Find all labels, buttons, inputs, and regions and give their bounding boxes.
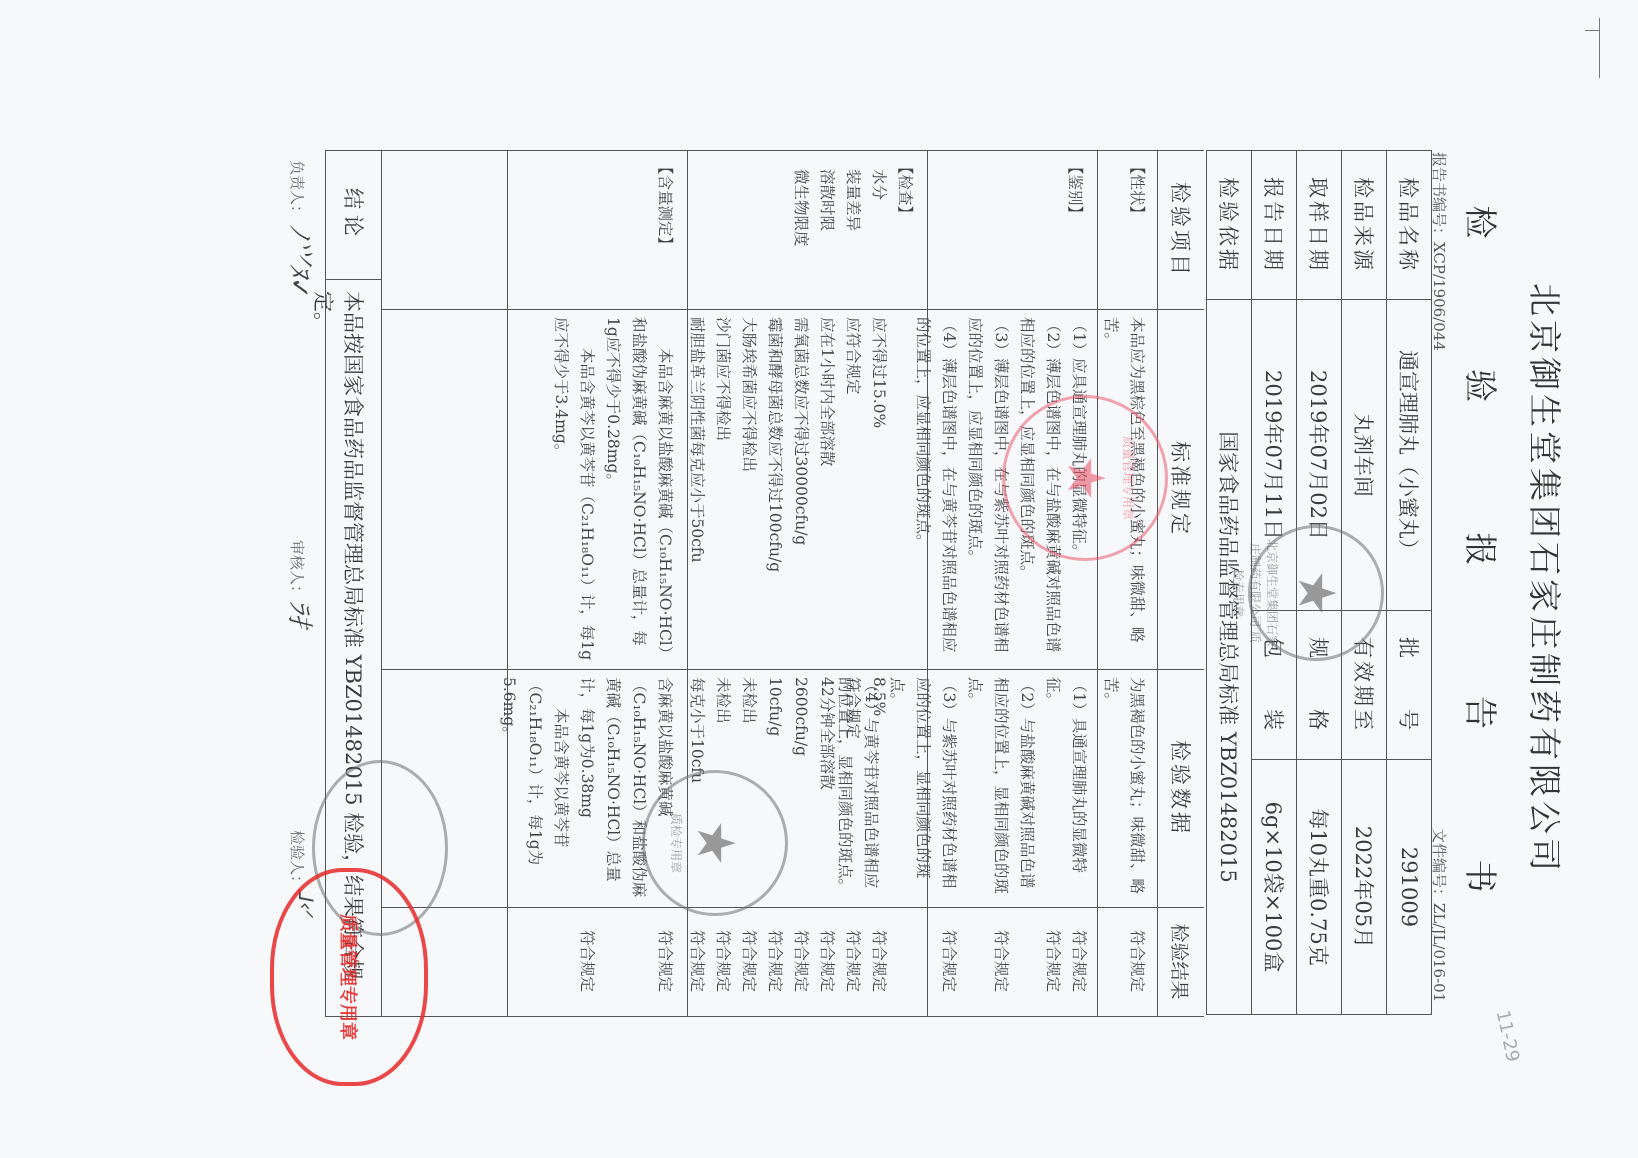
inspection-item-name: 水分: [866, 159, 892, 299]
value-package: 6g×10袋×100盒: [1252, 760, 1297, 1015]
identification-result-3: 符合规定: [988, 911, 1014, 1011]
value-batch-no: 291009: [1387, 760, 1432, 1015]
column-header-row: 检验项目 标准规定 检验数据 检验结果: [1157, 150, 1204, 1017]
reviewer-signature: ﾉ⺍ﾇ✓: [283, 225, 320, 299]
section-heading-assay: 【含量测定】: [652, 159, 678, 299]
stamp-text: 质量管理专用章: [1120, 418, 1137, 538]
inspection-result: 符合规定: [736, 911, 762, 1011]
identification-standard-4: （4）薄层色谱图中，在与黄芩苷对照品色谱相应的位置上，应显相同颜色的斑点。: [910, 317, 962, 663]
identification-data-1: （1）具通宣理肺丸的显微特征。: [1040, 677, 1092, 903]
inspection-standard: 应符合规定: [840, 317, 866, 663]
assay-results: 符合规定 符合规定: [574, 911, 678, 1011]
stamp-text: 北京御生堂集团石家庄制药有限公司 质检专用章: [1230, 538, 1281, 648]
header-row: 检品名称 通宣理肺丸（小蜜丸） 批 号 291009: [1387, 151, 1432, 1015]
reviewer-label: 负责人：: [287, 160, 308, 220]
label-sampling-date: 取样日期: [1297, 151, 1342, 300]
inspection-result: 符合规定: [684, 911, 710, 1011]
report-number: 报告书编号：XCP/1906/044: [1429, 152, 1450, 351]
quality-stamp-top: ★ 北京御生堂集团石家庄制药有限公司 质检专用章: [1248, 525, 1384, 661]
col-header-result: 检验结果: [1158, 907, 1204, 1016]
appearance-data: 为黑褐色的小蜜丸；味微甜、略苦。: [1098, 677, 1150, 903]
inspection-data: 2600cfu/g: [788, 677, 814, 903]
inspection-standard: 耐胆盐革兰阴性菌每克应小于50cfu: [684, 317, 710, 663]
conclusion-label: 结论: [326, 151, 382, 280]
inspection-standard: 应不得过15.0%: [866, 317, 892, 663]
label-product-name: 检品名称: [1387, 151, 1432, 300]
identification-result-1: 符合规定: [1066, 911, 1092, 1011]
checker-signature: ﾗ⺘: [283, 600, 320, 639]
document-title: 检 验 报 告 书: [1459, 0, 1506, 1158]
inspection-result: 符合规定: [710, 911, 736, 1011]
inspection-result: 符合规定: [762, 911, 788, 1011]
inspection-report-page: 11-29 北京御生堂集团石家庄制药有限公司 检 验 报 告 书 报告书编号：X…: [0, 0, 1638, 1158]
value-spec: 每10丸重0.75克: [1297, 760, 1342, 1015]
stamp-text: 质检专用章: [668, 788, 685, 898]
scan-corner-mark: [1579, 18, 1600, 78]
company-name: 北京御生堂集团石家庄制药有限公司: [1523, 0, 1570, 1158]
assay-result-1: 符合规定: [652, 911, 678, 1011]
checker-label: 审核人：: [287, 540, 308, 600]
star-icon: ★: [1290, 570, 1342, 617]
identification-data-2: （2）与盐酸麻黄碱对照品色谱相应的位置上，显相同颜色的斑点。: [962, 677, 1040, 903]
identification-result-4: 符合规定: [936, 911, 962, 1011]
quality-stamp-middle: ★ 质量管理专用章: [1002, 395, 1168, 561]
col-header-data: 检验数据: [1158, 669, 1204, 908]
identification-data-3: （3）与紫苏叶对照药材色谱相应的位置上，显相同颜色的斑点。: [884, 677, 962, 903]
inspection-item-name: 装量差异: [840, 159, 866, 299]
inspection-result: 符合规定: [788, 911, 814, 1011]
appearance-result: 符合规定: [1124, 911, 1150, 1011]
stamp-text: 质量管理专用章: [336, 897, 362, 1057]
star-icon: ★: [689, 820, 741, 867]
value-expiry: 2022年05月: [1342, 760, 1387, 1015]
label-basis: 检验依据: [1207, 151, 1252, 300]
inspection-standard-list: 应不得过15.0% 应符合规定 应在1小时内全部溶散 需氧菌总数应不得过3000…: [684, 317, 892, 663]
assay-standard-list: 本品含麻黄以盐酸麻黄碱（C₁₀H₁₅NO·HCl）和盐酸伪麻黄碱（C₁₀H₁₅N…: [548, 317, 678, 663]
inspection-standard: 需氧菌总数应不得过30000cfu/g: [788, 317, 814, 663]
item-column: [382, 151, 1158, 310]
inspection-item-name: 溶散时限: [814, 159, 840, 299]
file-number: 文件编号：ZL/JL/016-01: [1429, 828, 1450, 1002]
value-product-name: 通宣理肺丸（小蜜丸）: [1387, 300, 1432, 611]
inspection-standard: 大肠埃希菌应不得检出: [736, 317, 762, 663]
section-heading-appearance: 【性状】: [1124, 159, 1150, 299]
assay-result-2: 符合规定: [574, 911, 600, 1011]
inspection-standard: 应在1小时内全部溶散: [814, 317, 840, 663]
inspection-standard: 霉菌和酵母菌总数应不得过100cfu/g: [762, 317, 788, 663]
inspection-result-list: 符合规定 符合规定 符合规定 符合规定 符合规定 符合规定 符合规定 符合规定: [684, 911, 892, 1011]
inspection-result: 符合规定: [866, 911, 892, 1011]
inspection-standard: 沙门菌应不得检出: [710, 317, 736, 663]
value-basis: 国家食品药品监督管理总局标准 YBZ01482015: [1207, 300, 1252, 1015]
assay-data-2: 本品含黄芩以黄芩苷（C₂₁H₁₈O₁₁）计，每1g为5.6mg。: [496, 677, 574, 903]
quality-stamp-gray: ★ 质检专用章: [642, 770, 788, 916]
assay-standard-1: 本品含麻黄以盐酸麻黄碱（C₁₀H₁₅NO·HCl）和盐酸伪麻黄碱（C₁₀H₁₅N…: [600, 317, 678, 663]
inspection-data: 符合规定: [840, 677, 866, 903]
col-header-item: 检验项目: [1158, 151, 1204, 310]
inspection-item-list: 【检查】 水分 装量差异 溶散时限 微生物限度: [788, 159, 918, 299]
identification-results: 符合规定 符合规定 符合规定 符合规定: [936, 911, 1092, 1011]
quality-stamp-red: 质量管理专用章: [270, 868, 428, 1086]
identification-result-2: 符合规定: [1040, 911, 1066, 1011]
label-source: 检品来源: [1342, 151, 1387, 300]
inspection-result: 符合规定: [814, 911, 840, 1011]
section-heading-identification: 【鉴别】: [1062, 159, 1088, 299]
inspection-data: 42分钟全部溶散: [814, 677, 840, 903]
inspection-data: 8.5%: [866, 677, 892, 903]
star-icon: ★: [1059, 455, 1111, 502]
section-heading-inspection: 【检查】: [892, 159, 918, 299]
label-batch-no: 批 号: [1387, 611, 1432, 760]
assay-standard-2: 本品含黄芩以黄芩苷（C₂₁H₁₈O₁₁）计，每1g应不得少于3.4mg。: [548, 317, 600, 663]
label-report-date: 报告日期: [1252, 151, 1297, 300]
inspection-result: 符合规定: [840, 911, 866, 1011]
inspection-item-name: 微生物限度: [788, 159, 814, 299]
